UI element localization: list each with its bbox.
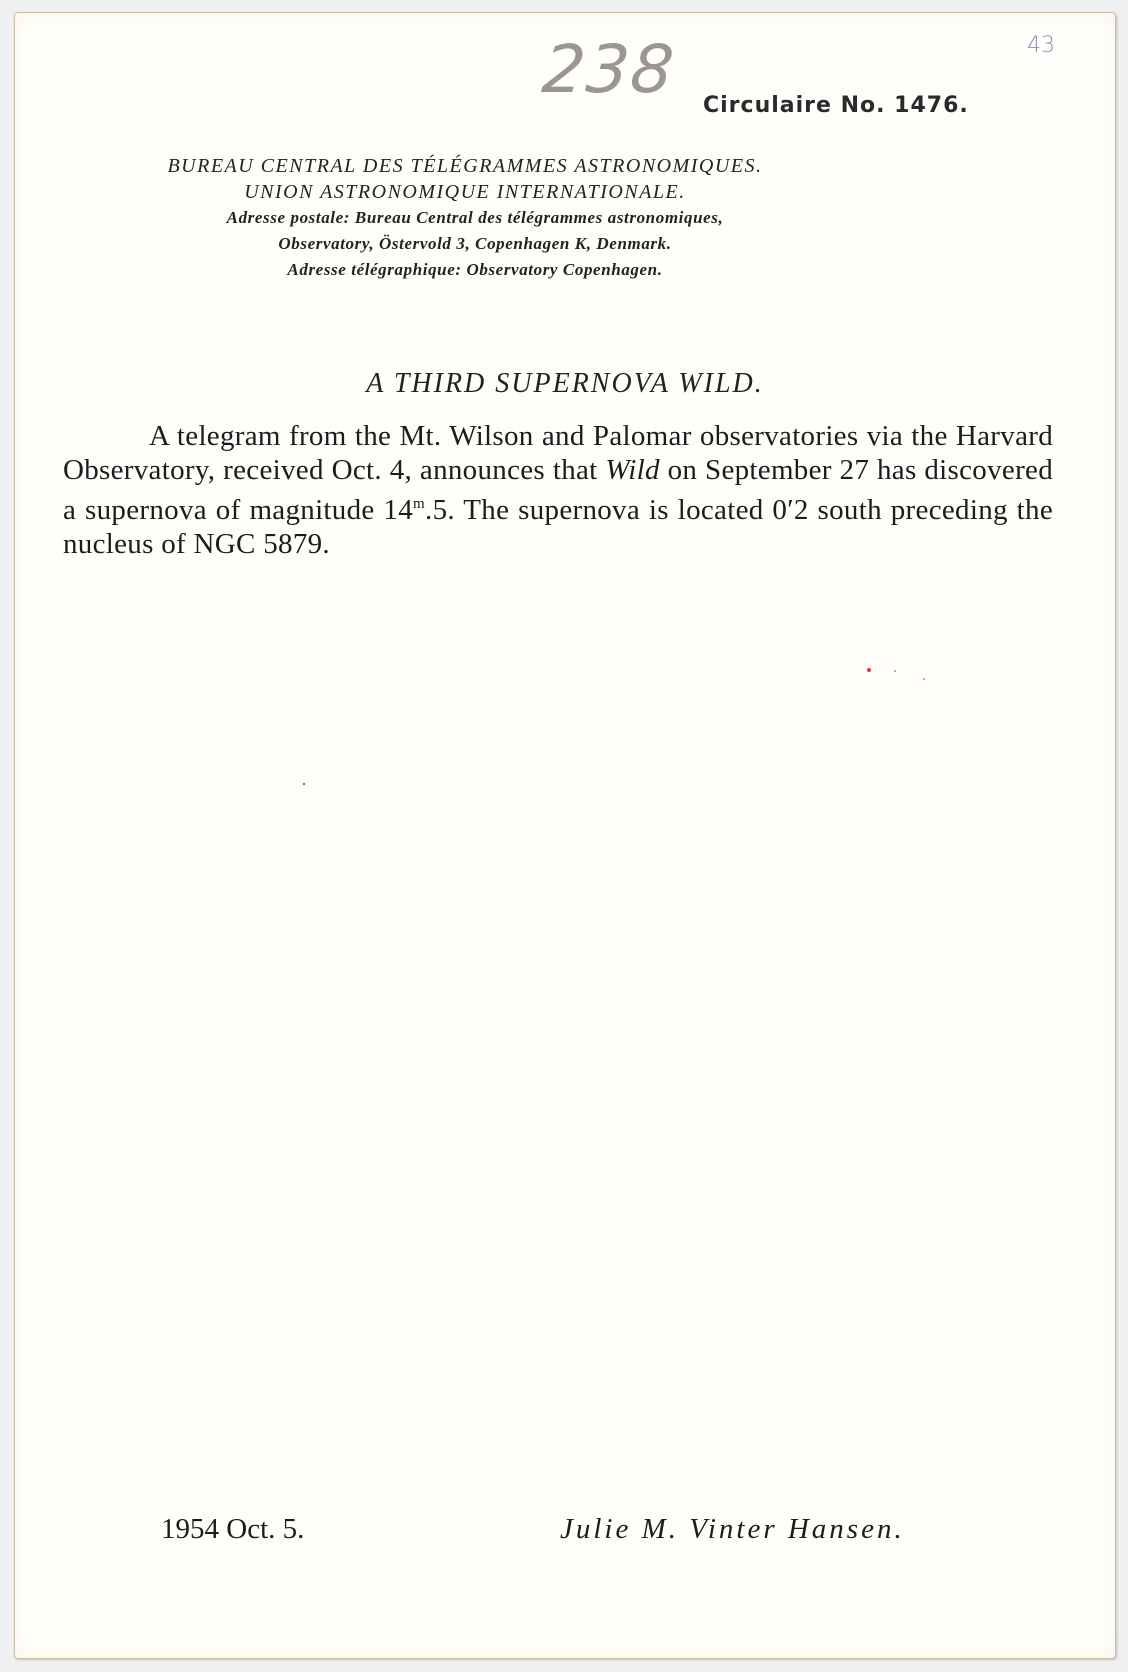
announcement-body: A telegram from the Mt. Wilson and Palom… (63, 419, 1053, 561)
circular-number: Circulaire No. 1476. (703, 93, 969, 118)
handwritten-corner-number: 43 (1027, 33, 1055, 58)
signature: Julie M. Vinter Hansen. (560, 1513, 905, 1546)
announcement-title: A THIRD SUPERNOVA WILD. (15, 368, 1115, 400)
telegraphic-address: Adresse télégraphique: Observatory Copen… (55, 257, 895, 283)
postal-address-line2: Observatory, Östervold 3, Copenhagen K, … (55, 231, 895, 257)
bureau-name: BUREAU CENTRAL DES TÉLÉGRAMMES ASTRONOMI… (35, 153, 895, 179)
handwritten-number: 238 (539, 31, 679, 108)
postal-address-line1: Adresse postale: Bureau Central des télé… (55, 205, 895, 231)
issue-date: 1954 Oct. 5. (161, 1513, 304, 1546)
magnitude-superscript: m (413, 496, 425, 512)
ink-speck (894, 670, 896, 672)
ink-speck (867, 668, 871, 672)
ink-speck (923, 678, 925, 680)
letterhead: BUREAU CENTRAL DES TÉLÉGRAMMES ASTRONOMI… (55, 153, 895, 283)
union-name: UNION ASTRONOMIQUE INTERNATIONALE. (35, 179, 895, 205)
dust-speck (303, 783, 305, 785)
discoverer-name: Wild (605, 454, 659, 486)
circular-page: 238 43 Circulaire No. 1476. BUREAU CENTR… (14, 12, 1116, 1659)
